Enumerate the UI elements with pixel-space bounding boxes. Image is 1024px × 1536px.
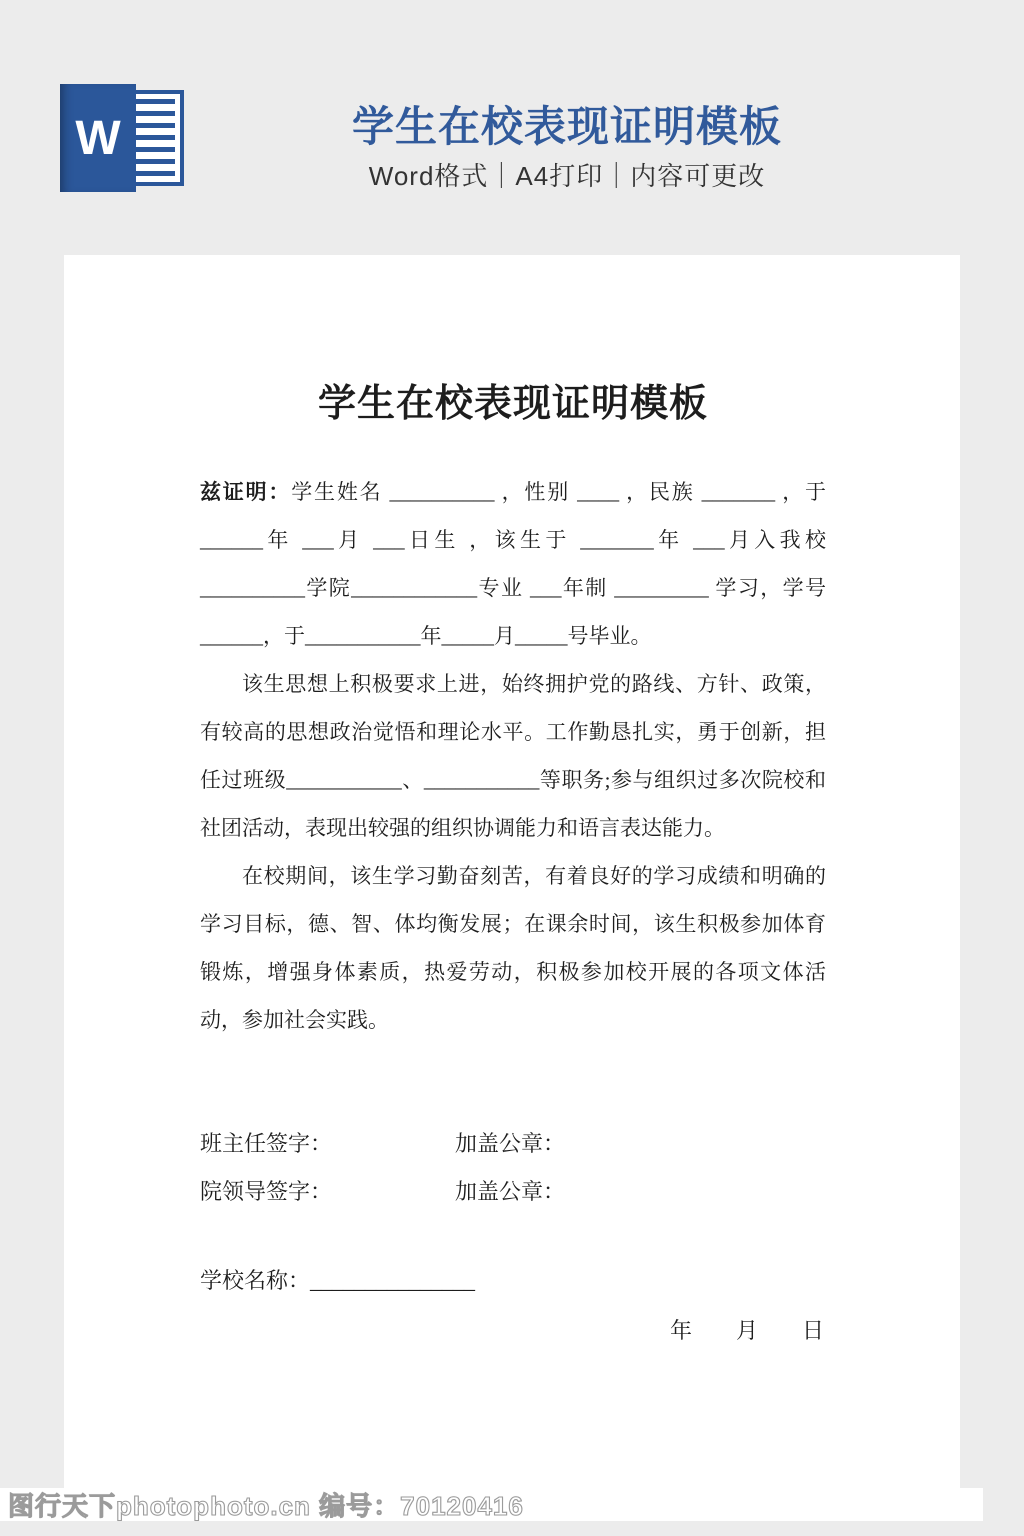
signature-row-dean: 院领导签字： 加盖公章： [200, 1168, 826, 1216]
page-subtitle: Word格式｜A4打印｜内容可更改 [0, 156, 1024, 193]
teacher-signature-label: 班主任签字： [200, 1120, 455, 1168]
footer-band: 图行天下photophoto.cn 编号：70120416 [0, 1488, 983, 1521]
signature-block: 班主任签字： 加盖公章： 院领导签字： 加盖公章： [200, 1120, 826, 1216]
document-content: 学生在校表现证明模板 兹证明：学生姓名 __________ ，性别 ____ … [64, 255, 960, 1355]
document-sheet: 学生在校表现证明模板 兹证明：学生姓名 __________ ，性别 ____ … [64, 255, 960, 1488]
school-name-line: 学校名称：_______________ [200, 1257, 826, 1305]
teacher-seal-label: 加盖公章： [455, 1120, 565, 1168]
paragraph-certify-text: 学生姓名 __________ ，性别 ____ ，民族 _______ ，于_… [200, 480, 826, 648]
school-name-blank: _______________ [310, 1268, 475, 1293]
dean-seal-label: 加盖公章： [455, 1168, 565, 1216]
paragraph-certify: 兹证明：学生姓名 __________ ，性别 ____ ，民族 _______… [200, 468, 826, 660]
document-body: 兹证明：学生姓名 __________ ，性别 ____ ，民族 _______… [200, 468, 826, 1044]
page-title: 学生在校表现证明模板 [0, 94, 1024, 154]
date-line: 年 月 日 [200, 1307, 826, 1355]
dean-signature-label: 院领导签字： [200, 1168, 455, 1216]
paragraph-conduct: 该生思想上积极要求上进，始终拥护党的路线、方针、政策，有较高的思想政治觉悟和理论… [200, 660, 826, 852]
paragraph-study: 在校期间，该生学习勤奋刻苦，有着良好的学习成绩和明确的学习目标，德、智、体均衡发… [200, 852, 826, 1044]
paragraph-certify-lead: 兹证明： [200, 480, 291, 504]
screen: W 学生在校表现证明模板 Word格式｜A4打印｜内容可更改 学生在校表现证明模… [0, 0, 1024, 1536]
document-title: 学生在校表现证明模板 [200, 380, 826, 428]
watermark-text: 图行天下photophoto.cn 编号：70120416 [0, 1486, 524, 1523]
school-name-label: 学校名称： [200, 1268, 310, 1293]
signature-row-teacher: 班主任签字： 加盖公章： [200, 1120, 826, 1168]
